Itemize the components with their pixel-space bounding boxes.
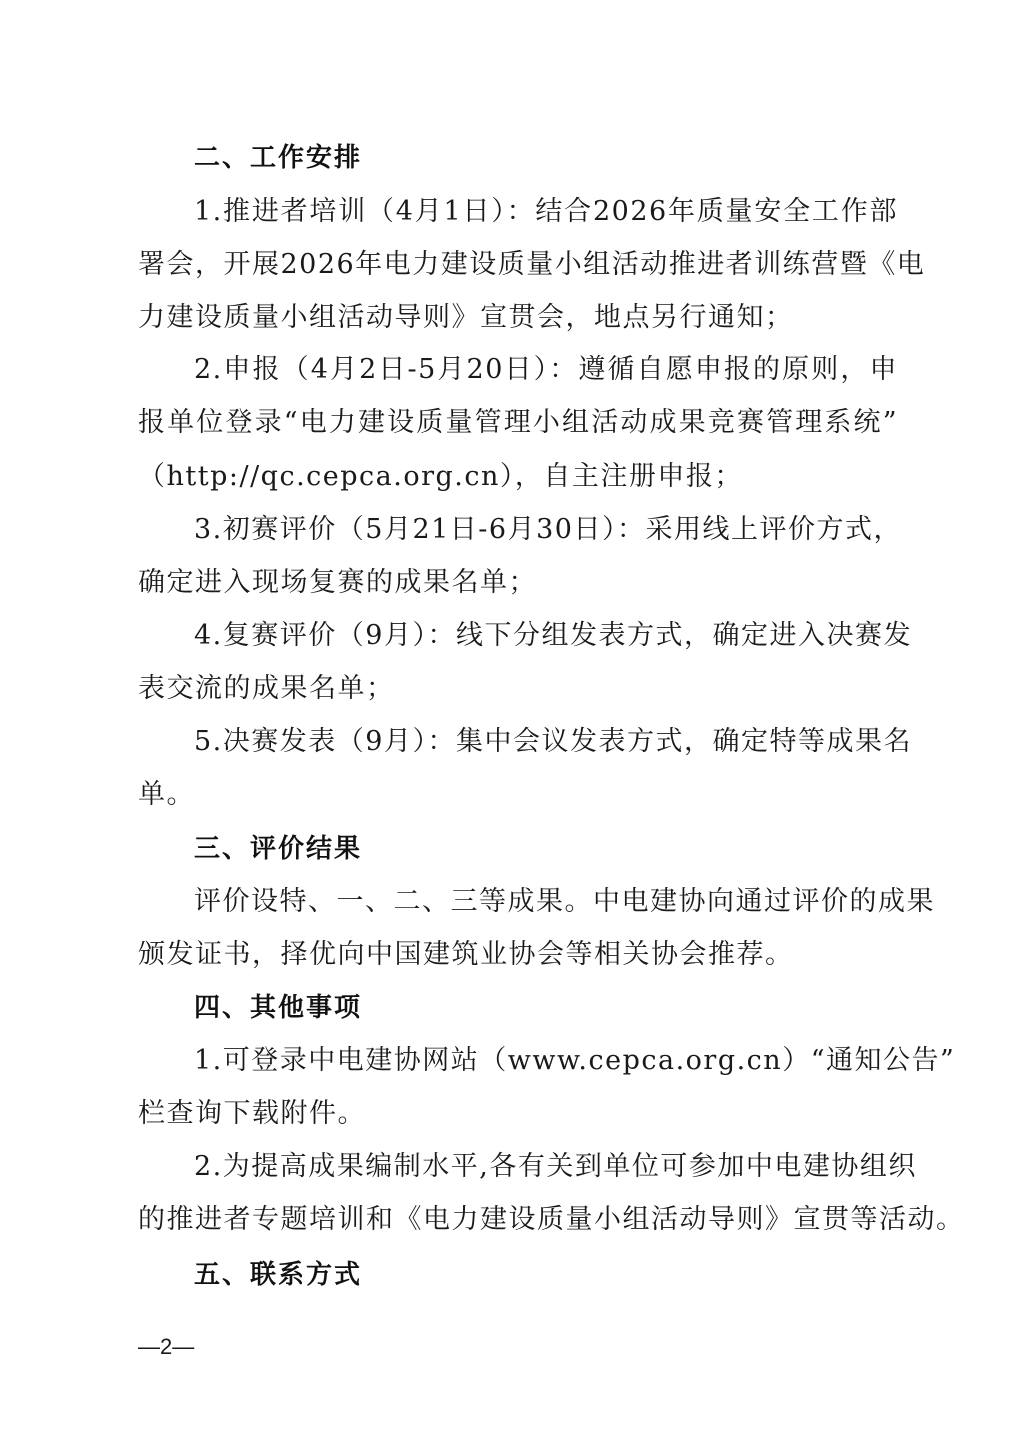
paragraph-line: 3.初赛评价（5月21日-6月30日）：采用线上评价方式， — [194, 510, 898, 550]
paragraph-line: 的推进者专题培训和《电力建设质量小组活动导则》宣贯等活动。 — [138, 1200, 898, 1240]
section-heading-evaluation-results: 三、评价结果 — [194, 829, 362, 869]
paragraph-line: 表交流的成果名单； — [138, 669, 395, 709]
paragraph-line: 1.推进者培训（4月1日）：结合2026年质量安全工作部 — [194, 192, 898, 232]
paragraph-line: 4.复赛评价（9月）：线下分组发表方式，确定进入决赛发 — [194, 616, 898, 656]
paragraph-line: 报单位登录“电力建设质量管理小组活动成果竞赛管理系统” — [138, 403, 898, 443]
paragraph-line: 2.申报（4月2日-5月20日）：遵循自愿申报的原则，申 — [194, 350, 898, 390]
paragraph-line: 评价设特、一、二、三等成果。中电建协向通过评价的成果 — [194, 882, 898, 922]
paragraph-line: 确定进入现场复赛的成果名单； — [138, 563, 537, 603]
paragraph-line: 栏查询下载附件。 — [138, 1094, 366, 1134]
page-number: —2— — [138, 1332, 194, 1362]
paragraph-line: 1.可登录中电建协网站（www.cepca.org.cn）“通知公告” — [194, 1041, 898, 1081]
paragraph-line: 颁发证书，择优向中国建筑业协会等相关协会推荐。 — [138, 935, 794, 975]
section-heading-contact: 五、联系方式 — [194, 1255, 362, 1295]
paragraph-line: 5.决赛发表（9月）：集中会议发表方式，确定特等成果名 — [194, 722, 898, 762]
paragraph-line: 2.为提高成果编制水平,各有关到单位可参加中电建协组织 — [194, 1147, 898, 1187]
paragraph-line: 署会，开展2026年电力建设质量小组活动推进者训练营暨《电 — [138, 245, 898, 285]
paragraph-line: 单。 — [138, 775, 195, 815]
paragraph-line: （http://qc.cepca.org.cn），自主注册申报； — [138, 457, 743, 497]
paragraph-line: 力建设质量小组活动导则》宣贯会，地点另行通知； — [138, 298, 794, 338]
section-heading-work-arrangement: 二、工作安排 — [194, 138, 362, 178]
section-heading-other-matters: 四、其他事项 — [194, 988, 362, 1028]
